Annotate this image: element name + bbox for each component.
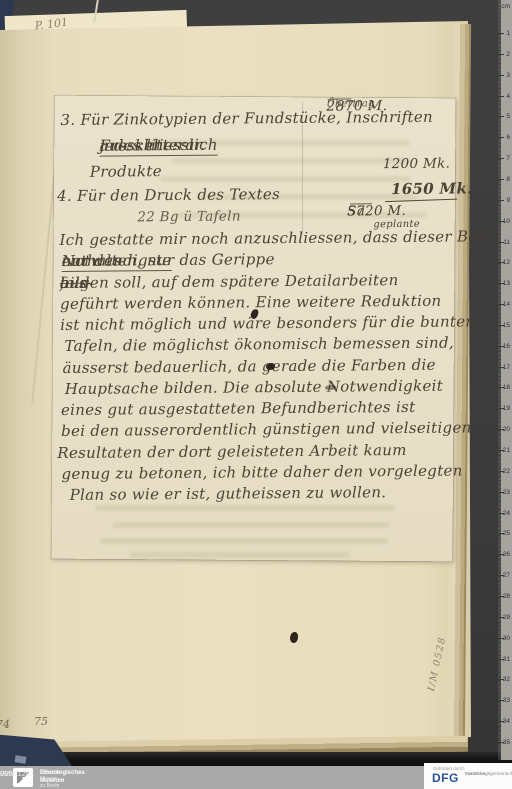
cost-item-4-note: 22 Bg ü Tafeln bbox=[137, 208, 241, 225]
ruler: cm 1234567891011121314151617181920212223… bbox=[498, 0, 512, 760]
ruler-number: 10 bbox=[503, 218, 510, 225]
cost-item-4-line1: 4. Für den Druck des Textes bbox=[57, 185, 280, 205]
ruler-tick bbox=[498, 200, 504, 201]
ruler-number: 30 bbox=[503, 635, 510, 642]
ruler-number: 13 bbox=[503, 280, 510, 287]
paragraph-line2-post: enthalten, nur das Gerippe bbox=[62, 250, 275, 270]
cost-item-3-line1: 3. Für Zinkotypien der Fundstücke, Insch… bbox=[60, 108, 433, 129]
ruler-number: 25 bbox=[503, 530, 510, 537]
ruler-number: 24 bbox=[503, 510, 510, 517]
page-number-right: 75 bbox=[34, 715, 48, 728]
paragraph-line: bei den ausserordentlich günstigen und v… bbox=[61, 418, 472, 440]
ruler-number: 17 bbox=[503, 364, 510, 371]
ruler-number: 14 bbox=[503, 301, 510, 308]
cost-item-3-line2-post: jedes litterar. bbox=[100, 136, 206, 155]
ruler-number: 7 bbox=[506, 155, 510, 162]
institution-subtitle: Staatliche Museen zu Berlin bbox=[40, 770, 62, 789]
ruler-number: 4 bbox=[506, 93, 510, 100]
paragraph-line: genug zu betonen, ich bitte daher den vo… bbox=[61, 461, 462, 482]
ruler-number: 33 bbox=[503, 697, 510, 704]
paragraph-line: Resultaten der dort geleisteten Arbeit k… bbox=[57, 441, 407, 462]
paragraph-line: Hauptsache bilden. Die absolute Notwendi… bbox=[65, 377, 443, 398]
ruler-number: 31 bbox=[503, 656, 510, 663]
ruler-number: 1 bbox=[506, 30, 510, 37]
cost-item-4-amount: 1650 Mk. bbox=[391, 179, 473, 198]
page-number-left: 74 bbox=[0, 718, 10, 731]
ruler-number: 28 bbox=[503, 593, 510, 600]
ruler-number: 8 bbox=[506, 176, 510, 183]
paragraph-line: äusserst bedauerlich, da gerade die Farb… bbox=[63, 356, 436, 377]
ruler-number: 12 bbox=[503, 259, 510, 266]
ruler-number: 20 bbox=[503, 426, 510, 433]
ruler-tick bbox=[498, 137, 504, 138]
paragraph-line: Plan so wie er ist, gutheissen zu wollen… bbox=[70, 483, 387, 504]
ruler-number: 34 bbox=[503, 718, 510, 725]
ruler-number: 3 bbox=[506, 72, 510, 79]
ruler-number: 5 bbox=[506, 113, 510, 120]
ruler-number: 22 bbox=[503, 468, 510, 475]
amount-underline bbox=[385, 199, 457, 203]
ruler-number: 19 bbox=[503, 405, 510, 412]
ruler-number: 29 bbox=[503, 614, 510, 621]
ruler-tick bbox=[498, 179, 504, 180]
ruler-number: 16 bbox=[503, 343, 510, 350]
image-number: 0092 bbox=[0, 769, 17, 780]
ruler-number: 27 bbox=[503, 572, 510, 579]
dfg-logo: Gefördert durch DFG Deutsche Forschungsg… bbox=[424, 763, 512, 789]
ruler-tick bbox=[498, 96, 504, 97]
archive-scan-view: P. 101 Übertrag2870 M. 3. Für Zinkotypie… bbox=[0, 0, 512, 789]
ruler-tick bbox=[498, 54, 504, 55]
paragraph-line: Tafeln, die möglichst ökonomisch bemesse… bbox=[64, 334, 454, 355]
ruler-number: 2 bbox=[506, 51, 510, 58]
paragraph-line: Ich gestatte mir noch anzuschliessen, da… bbox=[59, 227, 512, 249]
ruler-number: 9 bbox=[506, 197, 510, 204]
paragraph-line: eines gut ausgestatteten Befundberichtes… bbox=[61, 398, 416, 419]
dfg-abbr: DFG bbox=[432, 771, 459, 785]
sum-amount: 5720 M. bbox=[347, 203, 406, 220]
ruler-tick bbox=[498, 158, 504, 159]
paragraph-line3-pre: bilden soll, auf dem spätere Detailarbei… bbox=[60, 271, 399, 292]
funder-name-line2: Forschungsgemeinschaft bbox=[465, 772, 512, 778]
ruler-number: 21 bbox=[503, 447, 510, 454]
cost-item-3-amount: 1200 Mk. bbox=[383, 156, 450, 173]
ruler-number: 11 bbox=[503, 239, 510, 246]
ruler-number: 32 bbox=[503, 676, 510, 683]
ruler-tick bbox=[498, 33, 504, 34]
ruler-number: 15 bbox=[503, 322, 510, 329]
ruler-number: 6 bbox=[506, 134, 510, 141]
ruler-number: 18 bbox=[503, 384, 510, 391]
ruler-unit-label: cm bbox=[501, 3, 510, 10]
paragraph-line: geführt werden können. Eine weitere Redu… bbox=[60, 292, 442, 313]
ruler-tick bbox=[498, 75, 504, 76]
ruler-number: 23 bbox=[503, 489, 510, 496]
book-cover-highlight bbox=[15, 755, 27, 764]
paragraph-line3-post: aus- bbox=[60, 274, 93, 292]
ruler-tick bbox=[498, 116, 504, 117]
ruler-number: 26 bbox=[503, 551, 510, 558]
cost-item-3-line3: Produkte bbox=[90, 162, 162, 181]
ruler-number: 35 bbox=[503, 739, 510, 746]
paragraph-line: ist nicht möglich und wäre besonders für… bbox=[60, 312, 475, 334]
